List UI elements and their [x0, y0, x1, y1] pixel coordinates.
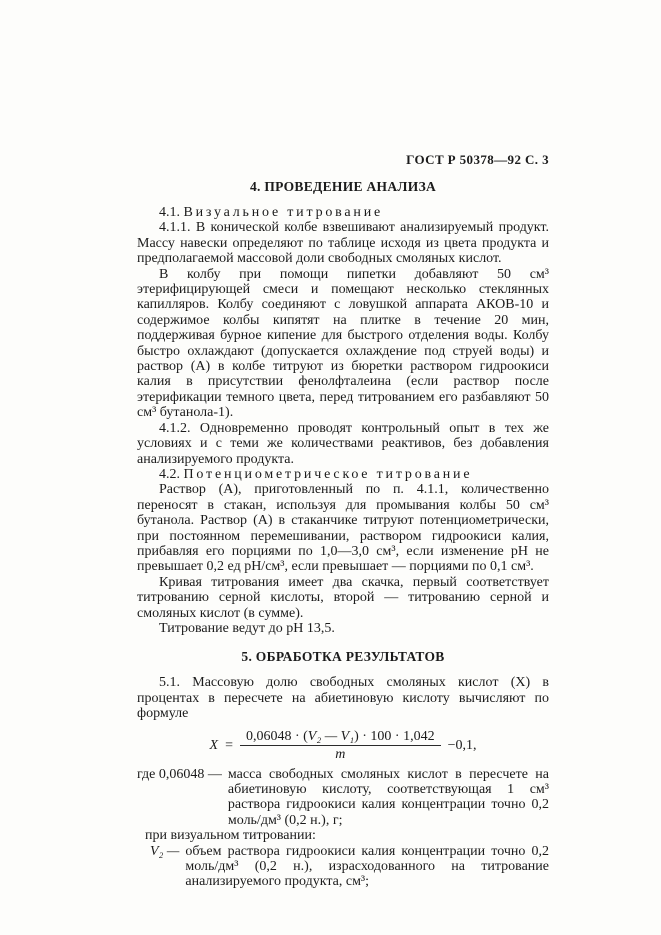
subsection-4-1-heading: 4.1. Визуальное титрование — [137, 205, 549, 220]
paragraph-titration-curve: Кривая титрования имеет два скачка, перв… — [137, 575, 549, 621]
legend-term-coefficient: где 0,06048 — — [137, 767, 228, 782]
legend-definition-coefficient: масса свободных смоляных кислот в пересч… — [228, 767, 549, 829]
formula-lhs-variable: X — [210, 738, 219, 753]
paragraph-4-1-2: 4.1.2. Одновременно проводят контрольный… — [137, 421, 549, 467]
subsection-4-2-label: Потенциометрическое титрование — [184, 467, 473, 482]
legend-note-visual-titration: при визуальном титровании: — [145, 828, 549, 843]
section-5-title: 5. ОБРАБОТКА РЕЗУЛЬТАТОВ — [137, 649, 549, 665]
formula-denominator-mass: m — [335, 746, 345, 762]
subsection-4-1-number: 4.1. — [159, 205, 180, 220]
paragraph-potentiometric-procedure: Раствор (А), приготовленный по п. 4.1.1,… — [137, 482, 549, 574]
formula-numerator-coefficient: 0,06048 · ( — [246, 729, 308, 744]
legend-definition-v2: объем раствора гидроокиси калия концентр… — [185, 844, 549, 890]
paragraph-flask-procedure: В колбу при помощи пипетки добавляют 50 … — [137, 267, 549, 421]
section-4-title: 4. ПРОВЕДЕНИЕ АНАЛИЗА — [137, 179, 549, 195]
formula-equals-sign: = — [225, 738, 233, 753]
subsection-4-2-heading: 4.2. Потенциометрическое титрование — [137, 467, 549, 482]
subsection-4-2-number: 4.2. — [159, 467, 180, 482]
gost-standard-number: ГОСТ Р 50378—92 С. 3 — [137, 152, 549, 168]
formula-legend: где 0,06048 — масса свободных смоляных к… — [137, 767, 549, 890]
formula-numerator-factors: ) · 100 · 1,042 — [354, 729, 435, 744]
mass-fraction-formula: X = 0,06048 · (V₂ — V₁) · 100 · 1,042 m … — [137, 729, 549, 762]
formula-numerator-volumes: V₂ — V₁ — [308, 729, 354, 744]
formula-numerator: 0,06048 · (V₂ — V₁) · 100 · 1,042 — [240, 729, 441, 746]
formula-correction-term: −0,1, — [448, 738, 477, 753]
legend-row-v2: V₂ — объем раствора гидроокиси калия кон… — [150, 844, 549, 890]
paragraph-4-1-1: 4.1.1. В конической колбе взвешивают ана… — [137, 220, 549, 266]
formula-fraction: 0,06048 · (V₂ — V₁) · 100 · 1,042 m — [240, 729, 441, 762]
paragraph-ph-endpoint: Титрование ведут до pH 13,5. — [137, 621, 549, 636]
paragraph-5-1: 5.1. Массовую долю свободных смоляных ки… — [137, 675, 549, 721]
subsection-4-1-label: Визуальное титрование — [184, 205, 384, 220]
legend-row-coefficient: где 0,06048 — масса свободных смоляных к… — [137, 767, 549, 829]
document-page: ГОСТ Р 50378—92 С. 3 4. ПРОВЕДЕНИЕ АНАЛИ… — [0, 0, 661, 935]
legend-term-v2: V₂ — — [150, 844, 185, 859]
